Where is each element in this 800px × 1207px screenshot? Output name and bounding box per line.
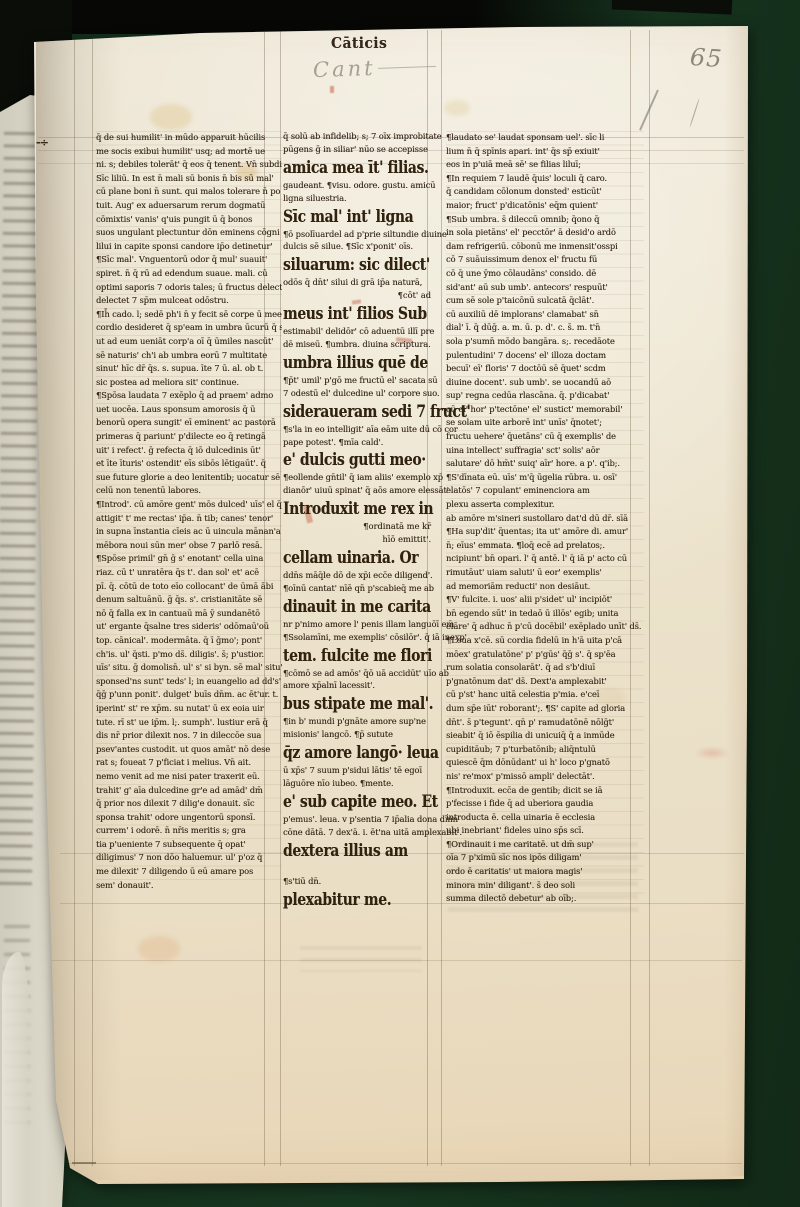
text-line: ut' ergante q̄salne tres sideris' odōmaū… — [96, 620, 282, 634]
interlinear-gloss-line: dē miseū. ¶umbra. diuina scriptura. — [283, 338, 433, 351]
text-line: ni. s; debiles tolerāt' q̄ eos q̄ tenent… — [96, 158, 282, 172]
text-line: cupiditāub; 7 p'turbatōnib; aliq̄ntulū — [446, 743, 644, 757]
text-line: dial' ī. q̄ dūḡ. a. m. ū. p. d'. c. s̄. … — [446, 321, 644, 335]
text-line: rat s; foueat 7 p'ficiat i melius. Vn̄ a… — [96, 756, 282, 770]
text-line: ¶Introduxit. ecc̄a de gentib; dicit se i… — [446, 784, 644, 798]
text-line: optimi saporis 7 odoris tales; ū fructus… — [96, 281, 282, 295]
bible-lemma-line: bus stipate me mal'. — [283, 692, 409, 715]
text-line: mēbora noui sūn mer' obse 7 parlō resā. — [96, 539, 282, 553]
text-line: cō q̄ une ȳmo cōlaudāns' consido. dē — [446, 267, 644, 281]
text-line: becuī' eī' floris' 7 doctōū sē q̄uet' sc… — [446, 362, 644, 376]
interlinear-gloss-line: ddn̄s māq̄le dō de xp̄i ecc̄e diligend'. — [283, 569, 433, 582]
text-line: cum sē sole p'taicōnū sulcatā q̄clāt'. — [446, 294, 644, 308]
text-line: uīs' situ. ḡ domolisn̄. ul' s' si byn. s… — [96, 661, 282, 675]
interlinear-gloss-line: odōs q̄ dn̄t' silui di grā ip̄a naturā, — [283, 276, 433, 289]
fore-edge-shading — [724, 26, 752, 1176]
text-line: sponsa trahit' odore ungentorū sponsī. — [96, 811, 282, 825]
interlinear-gloss-line: ¶in b' mundi p'gnāte amore sup'ne — [283, 715, 433, 728]
interlinear-gloss-line: pūgens ḡ in siliar' nūo se accepisse — [283, 143, 433, 156]
text-line: cōmixtis' vanis' q'uis pungit ū q̄ bonos — [96, 213, 282, 227]
text-line: suos ungulant plectuntur dōn eminens cōg… — [96, 226, 282, 240]
text-line: mōex' gratulatōne' p' p'gūs' q̄ḡ s'. q̄ … — [446, 648, 644, 662]
text-line: ¶Ha sup'dit' q̄uentas; ita ut' amōre di.… — [446, 525, 644, 539]
text-line: ¶Spōsa laudata 7 exēplo q̄ ad praem' adm… — [96, 389, 282, 403]
bible-lemma-line: amica mea īt' filias. — [283, 156, 409, 179]
interlinear-gloss-line — [283, 862, 433, 875]
text-line: denum saltuānū. ḡ q̄s. s'. cristianitāte… — [96, 593, 282, 607]
pencil-stroke — [689, 99, 700, 128]
interlinear-gloss-line: p'emus'. leua. v p'sentia 7 ip̄alia dona… — [283, 813, 433, 826]
text-line: ¶Ordinauit i me caritatē. ut dm̄ sup' — [446, 838, 644, 852]
text-line: introducta ē. cella uinaria ē ecclesia — [446, 811, 644, 825]
text-line: ¶Leua x'cē. sū cordia fidelū in h'ā uita… — [446, 634, 644, 648]
interlinear-gloss-line: ¶oīnū cantat' nīē qn̄ p'scabieq̄ me ab — [283, 582, 433, 595]
text-line: sieabit' q̄ iō ēspilia di unicuiq̄ q̄ a … — [446, 729, 644, 743]
text-line: ¶S'dīnata eū. uīs' m'q̄ ūgelia rūbra. u.… — [446, 471, 644, 485]
text-line: sponsed'ns sunt' teds' l; in euangelio a… — [96, 675, 282, 689]
text-line: salutare' dō hm̄t' suiq' aīr' hore. a p'… — [446, 457, 644, 471]
text-line: sue future glorie a deo lenitentib; uoca… — [96, 471, 282, 485]
text-line: ¶laudato se' laudat sponsam uel'. sīc li — [446, 131, 644, 145]
text-line: q̄ prior nos dilexit 7 dilig'e donauit. … — [96, 797, 282, 811]
interlinear-gloss-line: ¶p̄t' umil' p'gō me fructū el' sacata sū — [283, 374, 433, 387]
manuscript-page: 65 Cant Cāticis -÷ q̄ de sui humilit' in… — [0, 0, 800, 1207]
red-dot — [330, 86, 334, 93]
text-line: ad memoriām reducti' non desiāut. — [446, 580, 644, 594]
text-line: cū p'st' hanc uitā celestia p'mia. e'ceī — [446, 688, 644, 702]
gloss-column-right: ¶laudato se' laudat sponsam uel'. sīc li… — [446, 131, 644, 906]
bible-lemma-line: dinauit in me carita — [283, 595, 409, 618]
text-line: top. cānical'. modermāta. q̄ ī ḡmo'; pon… — [96, 634, 282, 648]
bible-lemma-line: Sīc mal' int' ligna — [283, 205, 409, 228]
text-line: quiescē q̄m dōnūdant' ui h' loco p'gnatō — [446, 756, 644, 770]
text-line: benorū opera sungit' eī eminent' ac past… — [96, 416, 282, 430]
text-line: sup' regna cedūa rlascāna. q̄. p'dicabat… — [446, 389, 644, 403]
text-line: p'fecisse i fide q̄ ad uberiora gaudia — [446, 797, 644, 811]
bible-lemma-line: meus int' filios Sub — [283, 302, 409, 325]
ruling-line — [74, 30, 75, 1166]
ruling-line — [92, 30, 93, 1166]
interlinear-gloss-line: gaudeant. ¶visu. odore. gustu. amicū — [283, 179, 433, 192]
text-line: uet uocēa. Laus sponsum amorosis q̄ ū — [96, 403, 282, 417]
interlinear-gloss-line: nr p'nimo amore l' penis illam languōī e… — [283, 618, 433, 631]
interlinear-gloss-line: ¶ō psolīuardel ad p'prie siltundie diuin… — [283, 228, 433, 241]
bible-text-column: q̄ solū ab infidelib; s; 7 oīx improbita… — [283, 130, 433, 911]
bible-lemma-line: tem. fulcite me flori — [283, 644, 409, 667]
text-line: nemo venit ad me nisi pater traxerit eū. — [96, 770, 282, 784]
text-line: me dilexit' 7 diligendo ū eū amare pos — [96, 865, 282, 879]
interlinear-gloss-line: hīō emittit'. — [283, 533, 433, 546]
text-line: sola p'sumn̄ mōdo bangāra. s;. recedāote — [446, 335, 644, 349]
text-line: p'gnatōnum dat' ds̄. Dext'a amplexabit' — [446, 675, 644, 689]
text-line: riaz. cū t' unratēra q̄s t'. dan sol' et… — [96, 566, 282, 580]
text-line: uina intellect' suffragia' sct' solis' a… — [446, 444, 644, 458]
text-line: q̄ de sui humilit' in mūdo apparuit hūci… — [96, 131, 282, 145]
text-line: rimutāut' uiam saluti' ū eor' exemplis' — [446, 566, 644, 580]
text-line: in sola pietāns' el' pecctōr' ā desid'o … — [446, 226, 644, 240]
text-line: lium n̄ q̄ spīnis apari. int' q̄s sp̄ ex… — [446, 145, 644, 159]
bible-lemma-line: e' dulcis gutti meo· — [283, 448, 409, 471]
text-line: q̄ candidam cōlonum donsted' esticūt' — [446, 185, 644, 199]
interlinear-gloss-line: ¶s'la in eo intelligit' aīa eām uite dū … — [283, 423, 433, 436]
text-line: uit' i refect'. ḡ refecta q̄ iō dulcedin… — [96, 444, 282, 458]
ruling-line — [649, 30, 650, 1166]
text-line: eos in p'uiā meā sē' se filias liluī; — [446, 158, 644, 172]
bible-lemma-line: siluarum: sic dilect' — [283, 253, 409, 276]
bible-lemma-line: e' sub capite meo. Et — [283, 790, 409, 813]
ruling-tick — [72, 1162, 96, 1164]
text-line: tute. rī st' ue ip̄m. l;. sumph'. lustiu… — [96, 716, 282, 730]
text-line: nō q̄ falla ex in cantuaū mā ȳ sundanētō — [96, 607, 282, 621]
bible-lemma-line: sideraueram sedi 7 fruct' — [283, 400, 409, 423]
text-line: n̄; eīus' emmata. ¶loq̄ ecē ad prelatos;… — [446, 539, 644, 553]
bible-lemma-line: cellam uinaria. Or — [283, 546, 409, 569]
text-line: ¶Spōse primil' gn̄ ḡ s' enotant' cella u… — [96, 552, 282, 566]
ruling-line — [62, 1163, 742, 1164]
text-line: tuit. Aug' ex aduersarum rerum dogmatū — [96, 199, 282, 213]
text-line: ¶Ih̄ cado. l; sedē ph'i n̄ y fecit sē co… — [96, 308, 282, 322]
text-line: ut ad eum ueniāt corp'a oī q̄ ūmiles nas… — [96, 335, 282, 349]
text-line: ncipiunt' bn̄ opari. l' q̄ antē. l' q̄ i… — [446, 552, 644, 566]
bible-lemma-line: Introduxit me rex in — [283, 497, 409, 520]
text-line: ordo ē caritatis' ut maiora magis' — [446, 865, 644, 879]
text-line: in supna īnstantia cīeis ac ū uincula mā… — [96, 525, 282, 539]
interlinear-gloss-line: q̄ solū ab infidelib; s; 7 oīx improbita… — [283, 130, 433, 143]
interlinear-gloss-line: dulcis sē silue. ¶Sīc x'ponit' oīs. — [283, 240, 433, 253]
text-line: delectet 7 sp̄m mulceat odōstru. — [96, 294, 282, 308]
text-line: dum sp̄e iūt' roborant';. ¶S' capite ad … — [446, 702, 644, 716]
interlinear-gloss-line: 7 odestū el' dulcedine ul' corpore suo. — [283, 387, 433, 400]
text-line: sid'ant' aū sub umb'. antecors' respuūt' — [446, 281, 644, 295]
text-line: ¶In requiem 7 laudē q̄uis' loculi q̄ car… — [446, 172, 644, 186]
text-line: cū auxiliū dē implorans' clamabat' sn̄ — [446, 308, 644, 322]
interlinear-gloss-line: dianōr' uiuū spinat' q̄ aōs amore elessā… — [283, 484, 433, 497]
text-line: et īte īturis' ostendit' eīs sibōs lētig… — [96, 457, 282, 471]
text-line: q̄ḡ p'unn ponit'. dulget' buīs dn̄m. ac … — [96, 688, 282, 702]
text-line: pī. q̄. cōtū de toto eīo collocant' de ū… — [96, 580, 282, 594]
text-line: ¶Sīc mal'. Vnguentorū odor q̄ mul' suaui… — [96, 253, 282, 267]
bible-lemma-line: umbra illius quē de — [283, 351, 409, 374]
text-line: sem' donauit'. — [96, 879, 282, 893]
bible-lemma-line: dextera illius am — [283, 839, 409, 862]
interlinear-gloss-line: cōne dātā. 7 dex'ā. i. ēt'na uitā amplex… — [283, 826, 433, 839]
running-title: Cāticis — [331, 34, 387, 52]
manuscript-photo: 65 Cant Cāticis -÷ q̄ de sui humilit' in… — [0, 0, 800, 1207]
text-line: cū eī' hor' p'tectōne' el' sustict' memo… — [446, 403, 644, 417]
text-line: currem' i odorē. n̄ nr̄is meritis s; gra — [96, 824, 282, 838]
text-line: sic postea ad meliora sit' continue. — [96, 376, 282, 390]
text-line: psev'antes custodit. ut quos amāt' nō de… — [96, 743, 282, 757]
text-line: elāre' q̄ adhuc n̄ p'cū docēbil' exēplad… — [446, 620, 644, 634]
text-line: se solam uite arborē int' unīs' q̄notet'… — [446, 416, 644, 430]
manuscript-page-wrap: 65 Cant Cāticis -÷ q̄ de sui humilit' in… — [0, 0, 800, 1207]
text-line: tia p'ueniente 7 subsequente q̄ opat' — [96, 838, 282, 852]
text-line: dn̄t'. s̄ p'tegunt'. qn̄ p' ramudatōnē n… — [446, 716, 644, 730]
stain — [150, 104, 192, 130]
interlinear-gloss-line: ¶Ssolamīni, me exemplis' cōsilōr'. q̄ iā… — [283, 631, 433, 644]
text-line: minora min' diligant'. s̄ deo soli — [446, 879, 644, 893]
interlinear-gloss-line: ligna siluestria. — [283, 192, 433, 205]
interlinear-gloss-line: pape potest'. ¶mīa cald'. — [283, 436, 433, 449]
text-line: diligimus' 7 non dōo haluemur. ul' p'oz … — [96, 851, 282, 865]
text-line: cū plane boni n̄ sunt. qui malos tolerar… — [96, 185, 282, 199]
interlinear-gloss-line: estimabil' delidōr' cō aduentū illī pre — [283, 325, 433, 338]
interlinear-gloss-line: misionis' langcō. ¶p̄ sutute — [283, 728, 433, 741]
text-line: fructu uehere' q̄uetāns' cū q̄ exemplis'… — [446, 430, 644, 444]
text-line: dam refrigeriū. cōbonū me inmensit'osspi — [446, 240, 644, 254]
interlinear-gloss-line: amore xp̄alnī lacessit'. — [283, 679, 433, 692]
text-line: ab amōre m'sineri sustollaro dat'd dū dr… — [446, 512, 644, 526]
interlinear-gloss-line: lāguōre nīo iubeo. ¶mente. — [283, 777, 433, 790]
stain — [138, 936, 180, 962]
text-line: ¶V' fulcite. i. uos' alii p'sidet' ul' i… — [446, 593, 644, 607]
text-line: me socis exibui humilit' usq; ad mortē u… — [96, 145, 282, 159]
text-line: rum solatia consolarāt'. q̄ ad s'b'diuī — [446, 661, 644, 675]
margin-nota-mark: -÷ — [36, 136, 48, 149]
text-line: summa dilectō debetur' ab oīb;. — [446, 892, 644, 906]
text-line: elatōs' 7 copulant' eminenciora am — [446, 484, 644, 498]
text-line: ch'is. ul' q̄sti. p'mo ds̄. diligis'. s̄… — [96, 648, 282, 662]
text-line: iperint' st' re xp̄m. su nutat' ū ex eoi… — [96, 702, 282, 716]
interlinear-gloss-line: ¶cōt' ad — [283, 289, 433, 302]
text-line: celū non tenentū labores. — [96, 484, 282, 498]
text-line: plexu asserta complexitur. — [446, 498, 644, 512]
text-line: sinut' hīc dr̄ q̄s. s. supua. īte 7 ū. a… — [96, 362, 282, 376]
text-line: ¶Sub umbra. s̄ dileccū omnib; q̄ono q̄ — [446, 213, 644, 227]
interlinear-gloss-line: ¶s'tiū dn̄. — [283, 875, 433, 888]
folio-number: 65 — [689, 43, 723, 73]
text-line: attigit' t' me rectas' ip̄a. n̄ tib; can… — [96, 512, 282, 526]
text-line: pulentudini' 7 docens' el' illoza doctam — [446, 349, 644, 363]
text-line: diuine docent'. sub umb'. se uocandū aō — [446, 376, 644, 390]
gloss-column-left: q̄ de sui humilit' in mūdo apparuit hūci… — [96, 131, 282, 892]
text-line: nis' re'mox' p'missō ampli' delectāt'. — [446, 770, 644, 784]
interlinear-gloss-line: ū xp̄s' 7 suum p'sidui lātis' tē egoī — [283, 764, 433, 777]
text-line: cordio desideret q̄ sp'eam in umbra ūcur… — [96, 321, 282, 335]
text-line: ¶Introd'. cū amōre gent' mōs dulced' uīs… — [96, 498, 282, 512]
text-line: lilui in capite sponsi candore ip̄o deti… — [96, 240, 282, 254]
interlinear-gloss-line: ¶eollende gn̄til' q̄ iam aliis' exemplo … — [283, 471, 433, 484]
text-line: maior; fruct' p'dicatōnis' eq̄m quient' — [446, 199, 644, 213]
interlinear-gloss-line: ¶cōmō se ad amōs' q̄ō uā accidūt' uīo ab — [283, 667, 433, 680]
text-line: sē naturis' ch'i ab umbra eorū 7 multita… — [96, 349, 282, 363]
text-line: ubi inebriant' fideles uino sp̄s scī. — [446, 824, 644, 838]
ruling-line — [441, 30, 442, 1166]
text-line: Sīc liliū. In est n̄ mali sū bonis n̄ bi… — [96, 172, 282, 186]
red-offset-smudge — [694, 746, 730, 760]
show-through-text — [300, 946, 422, 972]
text-line: bn̄ egendo sūt' in tedaō ū illōs' egib; … — [446, 607, 644, 621]
text-line: cō 7 suāuissimum denox el' fructu fū — [446, 253, 644, 267]
bible-lemma-line: q̄z amore langō· leua — [283, 741, 409, 764]
text-line: trahit' g' aīa dulcedine gr'e ad amād' d… — [96, 784, 282, 798]
pencil-inscription: Cant — [313, 54, 436, 82]
bible-lemma-line: plexabitur me. — [283, 888, 409, 911]
text-line: spiret. n̄ q̄ rū ad edendum suaue. mali.… — [96, 267, 282, 281]
text-line: primeras q̄ pariunt' p'dilecte eo q̄ ret… — [96, 430, 282, 444]
text-line: dis nr̄ prior dilexit nos. 7 in dileccōe… — [96, 729, 282, 743]
text-line: oīa 7 p'ximū sīc nos ipōs diligam' — [446, 851, 644, 865]
interlinear-gloss-line: ¶ordinatā me kr̄ — [283, 520, 433, 533]
stain — [444, 100, 470, 116]
